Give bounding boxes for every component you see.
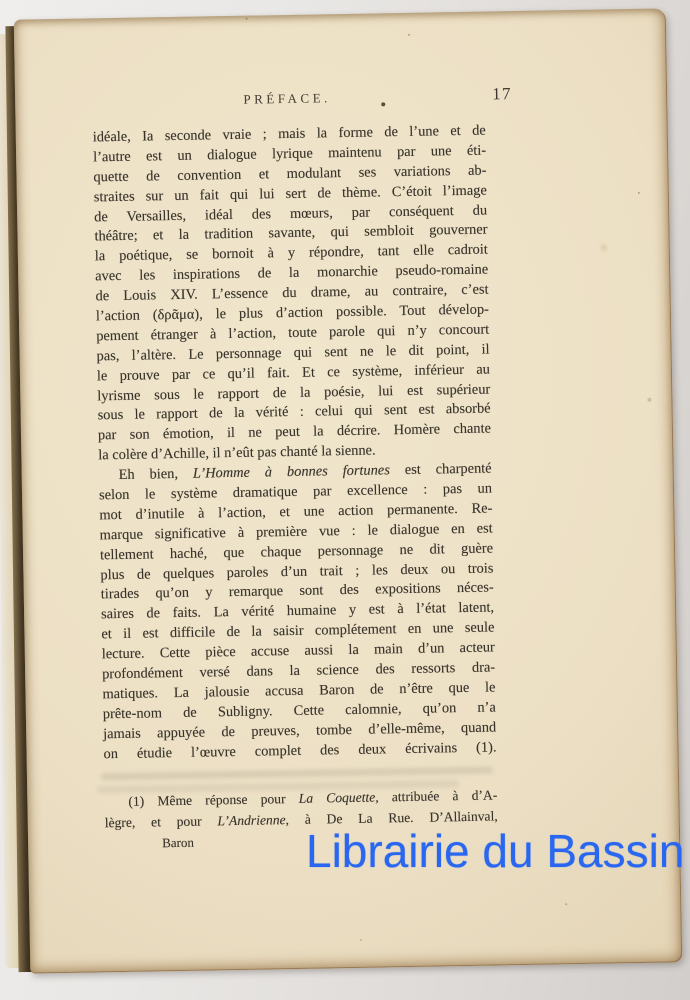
- text-segment: Eh bien,: [119, 466, 194, 483]
- italic-text-segment: L’Andrienne: [217, 812, 285, 828]
- text-segment: lègre, et pour: [105, 813, 218, 830]
- running-title: PRÉFACE.: [92, 88, 482, 111]
- page-speckles: [14, 20, 16, 22]
- book-photo: PRÉFACE. 17 idéale, Ia seconde vraie ; m…: [0, 0, 690, 1000]
- text-segment: est charpenté: [390, 461, 492, 479]
- text-segment: la colère d’Achille, il n’eût pas chanté…: [98, 443, 376, 464]
- text-segment: , attribuée à d’A-: [375, 787, 497, 804]
- text-block: idéale, Ia seconde vraie ; mais la forme…: [93, 122, 497, 765]
- page-header: PRÉFACE. 17: [92, 87, 512, 116]
- italic-text-segment: La Coquette: [299, 790, 376, 806]
- watermark-librairie-du-bassin: Librairie du Bassin: [306, 822, 684, 880]
- page-number: 17: [492, 84, 512, 104]
- italic-text-segment: L’Homme à bonnes fortunes: [193, 462, 390, 481]
- text-segment: (1) Même réponse pour: [128, 791, 299, 809]
